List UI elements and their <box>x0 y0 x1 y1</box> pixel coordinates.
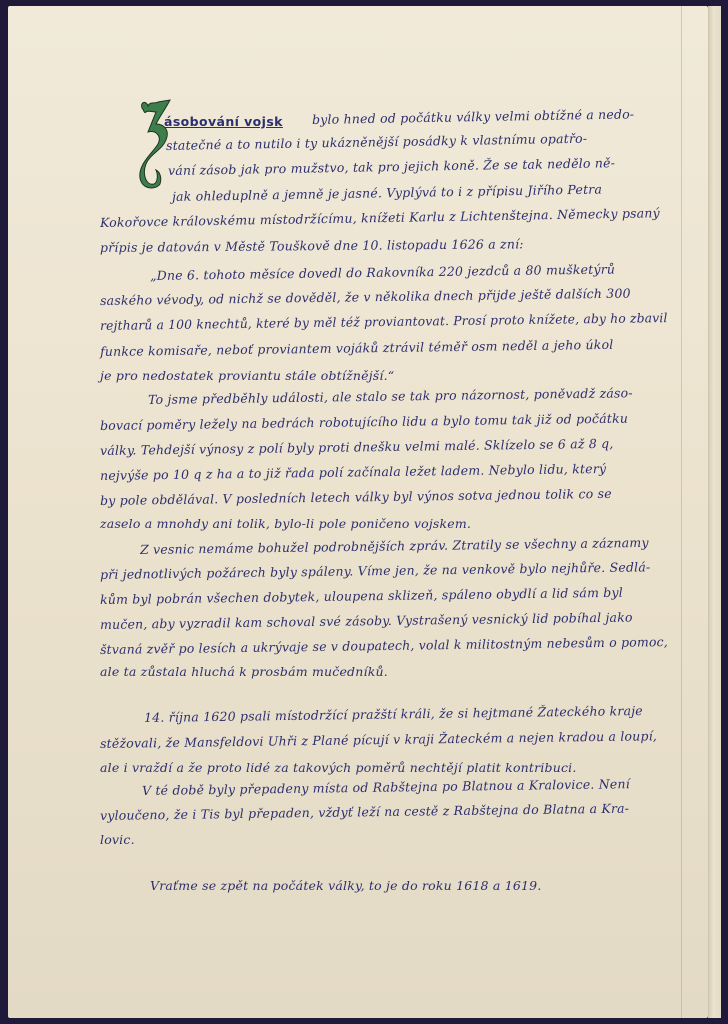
text-line: statečné a to nutilo i ty ukázněnější po… <box>166 131 588 153</box>
text-line: ale i vraždí a že proto lidé za takových… <box>100 760 577 775</box>
text-line: Kokořovce královskému místodržícímu, kní… <box>100 205 660 230</box>
section-heading: ásobování vojsk <box>164 114 283 129</box>
text-line: saského vévody, od nichž se dověděl, že … <box>100 286 631 308</box>
text-line: To jsme předběhly události, ale stalo se… <box>148 385 633 407</box>
text-line: zaselo a mnohdy ani tolik, bylo-li pole … <box>100 516 471 531</box>
text-line: 14. října 1620 psali místodržící pražští… <box>144 703 643 725</box>
text-line: vání zásob jak pro mužstvo, tak pro jeji… <box>168 155 615 178</box>
handwritten-text: ásobování vojsk bylo hned od počátku vál… <box>0 0 728 1024</box>
text-line: jak ohleduplně a jemně je jasné. Vyplývá… <box>172 181 602 204</box>
text-line: lovic. <box>100 832 135 847</box>
text-line: přípis je datován v Městě Touškově dne 1… <box>100 236 524 255</box>
text-line: bovací poměry ležely na bedrách robotují… <box>100 411 628 433</box>
text-line: je pro nedostatek proviantu stále obtížn… <box>100 368 394 383</box>
text-line: stěžovali, že Mansfeldovi Uhři z Plané p… <box>100 728 657 751</box>
text-line: nejvýše po 10 q z ha a to již řada polí … <box>100 461 606 483</box>
text-line: štvaná zvěř po lesích a ukrývaje se v do… <box>100 634 668 657</box>
text-line: „Dne 6. tohoto měsíce dovedl do Rakovník… <box>150 262 615 283</box>
text-line: kům byl pobrán všechen dobytek, uloupena… <box>100 585 623 607</box>
text-line: rejtharů a 100 knechtů, které by měl též… <box>100 310 668 333</box>
text-line: Vraťme se zpět na počátek války, to je d… <box>150 878 542 893</box>
text-line: války. Tehdejší výnosy z polí byly proti… <box>100 436 614 458</box>
text-line: vyloučeno, že i Tis byl přepaden, vždyť … <box>100 801 629 823</box>
text-line: mučen, aby vyzradil kam schoval své záso… <box>100 610 633 632</box>
text-line: ale ta zůstala hluchá k prosbám mučedník… <box>100 664 388 679</box>
text-line: Z vesnic nemáme bohužel podrobnějších zp… <box>140 535 649 557</box>
text-line: V té době byly přepadeny místa od Rabšte… <box>142 776 630 798</box>
text-line: by pole obdělával. V posledních letech v… <box>100 486 612 508</box>
text-line: funkce komisaře, neboť proviantem vojáků… <box>100 337 614 359</box>
text-line: bylo hned od počátku války velmi obtížné… <box>312 106 635 127</box>
text-line: při jednotlivých požárech byly spáleny. … <box>100 559 651 582</box>
